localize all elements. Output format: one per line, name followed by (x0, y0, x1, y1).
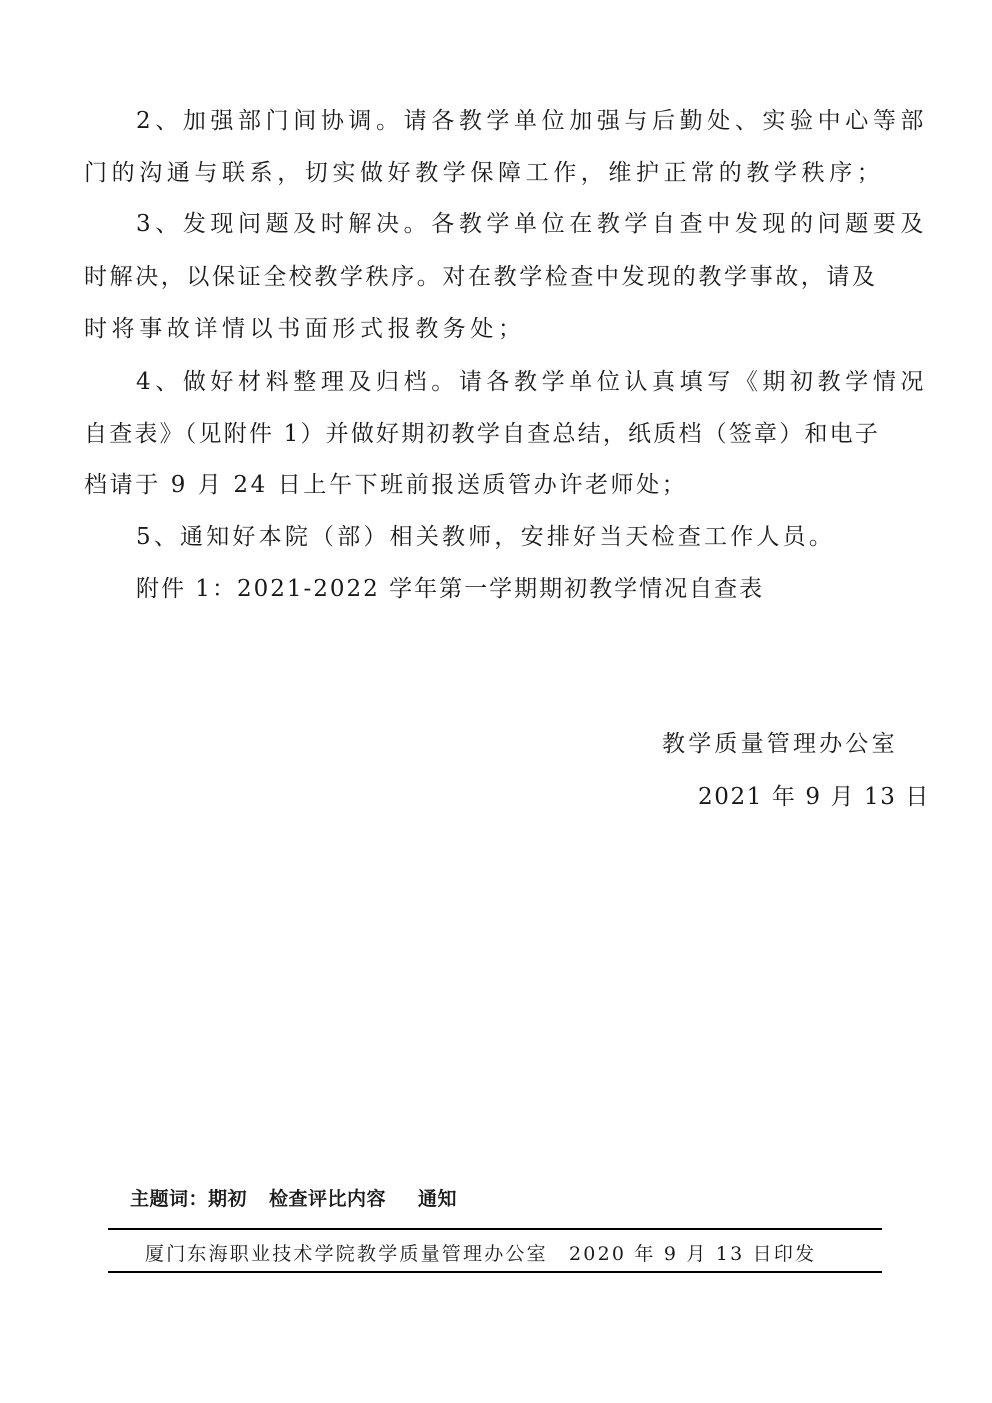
attachment-line: 附件 1：2021-2022 学年第一学期期初教学情况自查表 (136, 573, 764, 605)
print-issue-line: 厦门东海职业技术学院教学质量管理办公室 2020 年 9 月 13 日印发 (145, 1240, 816, 1268)
subject-keywords: 主题词：期初检查评比内容通知 (130, 1184, 457, 1211)
paragraph-3-line-1: 3、发现问题及时解决。各教学单位在教学自查中发现的问题要及 (136, 208, 928, 240)
paragraph-2-line-1: 2、加强部门间协调。请各教学单位加强与后勤处、实验中心等部 (136, 105, 928, 137)
divider-bottom (108, 1271, 882, 1273)
paragraph-2-line-2: 门的沟通与联系，切实做好教学保障工作，维护正常的教学秩序； (84, 157, 884, 189)
keyword: 检查评比内容 (269, 1188, 386, 1210)
keyword: 通知 (418, 1188, 457, 1210)
paragraph-3-line-2: 时解决，以保证全校教学秩序。对在教学检查中发现的教学事故，请及 (84, 261, 878, 293)
signature-date: 2021 年 9 月 13 日 (698, 781, 930, 813)
paragraph-4-line-3: 档请于 9 月 24 日上午下班前报送质管办许老师处； (84, 469, 687, 501)
paragraph-4-line-2: 自查表》（见附件 1）并做好期初教学自查总结，纸质档（签章）和电子 (84, 418, 880, 450)
keywords-label: 主题词： (130, 1188, 208, 1210)
paragraph-5: 5、通知好本院（部）相关教师，安排好当天检查工作人员。 (136, 521, 835, 553)
keyword: 期初 (208, 1188, 247, 1210)
paragraph-3-line-3: 时将事故详情以书面形式报教务处； (84, 313, 526, 345)
signature-office: 教学质量管理办公室 (662, 728, 898, 760)
paragraph-4-line-1: 4、做好材料整理及归档。请各教学单位认真填写《期初教学情况 (136, 366, 928, 398)
divider-top (108, 1228, 882, 1230)
